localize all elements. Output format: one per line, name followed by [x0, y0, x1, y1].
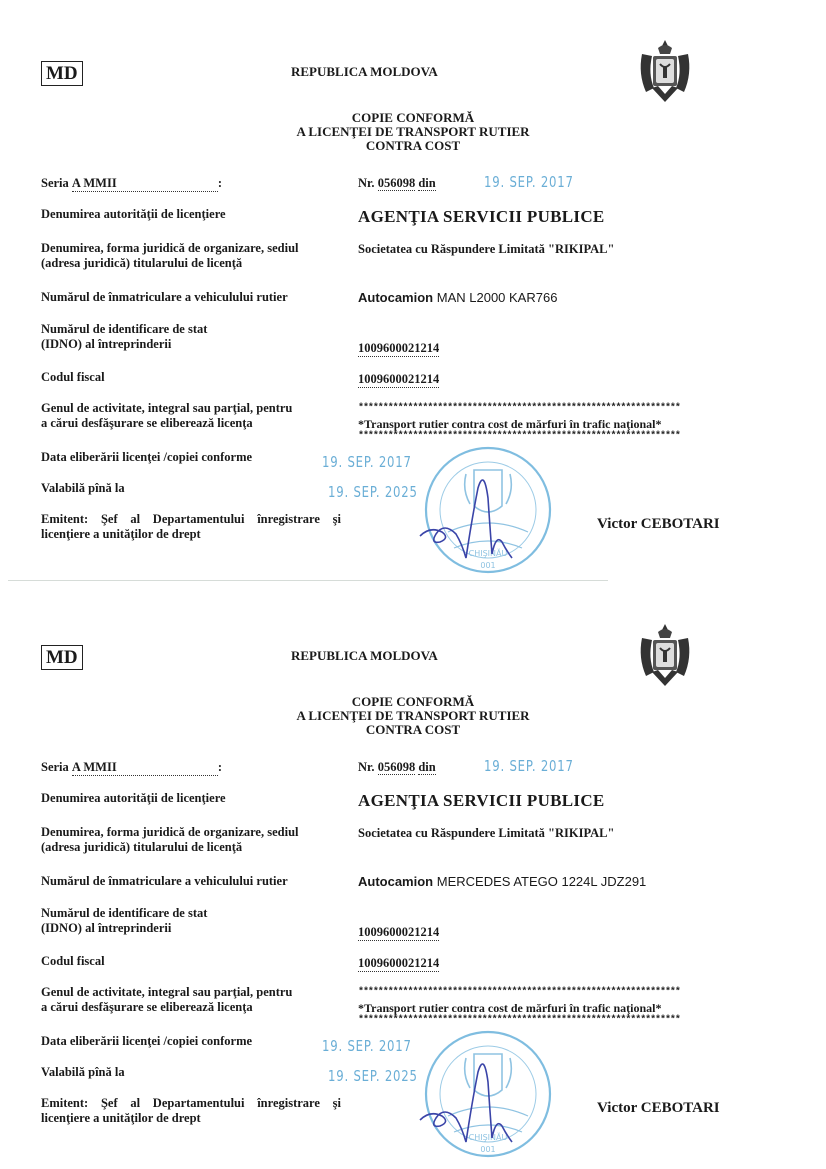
- country-name: REPUBLICA MOLDOVA: [291, 648, 438, 664]
- activity-label: Genul de activitate, integral sau parţia…: [41, 401, 292, 431]
- issuer-label-line-2: licenţiere a unităţilor de drept: [41, 1111, 341, 1126]
- number-value: 056098: [378, 176, 416, 191]
- idno-label: Numărul de identificare de stat (IDNO) a…: [41, 906, 207, 936]
- holder-label: Denumirea, forma juridică de organizare,…: [41, 825, 299, 855]
- activity-stars-top: ****************************************…: [358, 988, 680, 998]
- page-separator: [8, 580, 608, 581]
- valid-label: Valabilă pînă la: [41, 1065, 125, 1080]
- coat-of-arms-icon: [636, 620, 694, 690]
- authority-value: AGENŢIA SERVICII PUBLICE: [358, 207, 605, 227]
- series-value: A MMII: [72, 760, 218, 776]
- holder-value: Societatea cu Răspundere Limitată "RIKIP…: [358, 826, 614, 841]
- series-label: Seria: [41, 176, 69, 190]
- issuer-label: Emitent: Şef al Departamentului înregist…: [41, 512, 341, 542]
- number-suffix: din: [418, 176, 435, 191]
- idno-value: 1009600021214: [358, 341, 439, 357]
- issue-date-stamp: 19. SEP. 2017: [484, 757, 574, 775]
- valid-date-stamp: 19. SEP. 2025: [328, 483, 418, 501]
- issuer-label: Emitent: Şef al Departamentului înregist…: [41, 1096, 341, 1126]
- issuer-label-line-1: Emitent: Şef al Departamentului înregist…: [41, 512, 341, 527]
- holder-label-line-2: (adresa juridică) titularului de licenţă: [41, 840, 299, 855]
- vehicle-type: Autocamion: [358, 874, 433, 889]
- title-line-2: A LICENŢEI DE TRANSPORT RUTIER: [263, 125, 563, 139]
- issued-date-stamp: 19. SEP. 2017: [322, 453, 412, 471]
- holder-label-line-2: (adresa juridică) titularului de licenţă: [41, 256, 299, 271]
- svg-text:001: 001: [480, 1145, 495, 1154]
- svg-text:CHIŞINĂU: CHIŞINĂU: [469, 1131, 508, 1142]
- issuer-label-line-2: licenţiere a unităţilor de drept: [41, 527, 341, 542]
- valid-label: Valabilă pînă la: [41, 481, 125, 496]
- svg-text:001: 001: [480, 561, 495, 570]
- number-suffix: din: [418, 760, 435, 775]
- title-line-3: CONTRA COST: [263, 139, 563, 153]
- activity-label-line-1: Genul de activitate, integral sau parţia…: [41, 985, 292, 1000]
- document-title: COPIE CONFORMĂ A LICENŢEI DE TRANSPORT R…: [263, 111, 563, 153]
- vehicle-plate: MERCEDES ATEGO 1224L JDZ291: [437, 874, 647, 889]
- authority-value: AGENŢIA SERVICII PUBLICE: [358, 791, 605, 811]
- idno-label-line-1: Numărul de identificare de stat: [41, 322, 207, 337]
- signer-name: Victor CEBOTARI: [597, 516, 720, 533]
- fiscal-value: 1009600021214: [358, 956, 439, 972]
- idno-value: 1009600021214: [358, 925, 439, 941]
- number-value: 056098: [378, 760, 416, 775]
- title-line-3: CONTRA COST: [263, 723, 563, 737]
- fiscal-label: Codul fiscal: [41, 954, 105, 969]
- country-name: REPUBLICA MOLDOVA: [291, 64, 438, 80]
- number-field: Nr. 056098 din: [358, 760, 436, 775]
- fiscal-value: 1009600021214: [358, 372, 439, 388]
- vehicle-label: Numărul de înmatriculare a vehiculului r…: [41, 290, 288, 305]
- number-field: Nr. 056098 din: [358, 176, 436, 191]
- holder-label-line-1: Denumirea, forma juridică de organizare,…: [41, 825, 299, 840]
- activity-stars-top: ****************************************…: [358, 404, 680, 414]
- issuer-label-line-1: Emitent: Şef al Departamentului înregist…: [41, 1096, 341, 1111]
- vehicle-value: Autocamion MAN L2000 KAR766: [358, 290, 557, 305]
- idno-label: Numărul de identificare de stat (IDNO) a…: [41, 322, 207, 352]
- official-seal-icon: CHIŞINĂU 001: [414, 1024, 560, 1164]
- activity-label-line-1: Genul de activitate, integral sau parţia…: [41, 401, 292, 416]
- vehicle-label: Numărul de înmatriculare a vehiculului r…: [41, 874, 288, 889]
- number-label: Nr.: [358, 760, 375, 774]
- activity-label-line-2: a cărui desfăşurare se eliberează licenţ…: [41, 416, 292, 431]
- title-line-1: COPIE CONFORMĂ: [263, 695, 563, 709]
- number-label: Nr.: [358, 176, 375, 190]
- series-label: Seria: [41, 760, 69, 774]
- series-value: A MMII: [72, 176, 218, 192]
- activity-value: *Transport rutier contra cost de mărfuri…: [358, 417, 662, 432]
- activity-value: *Transport rutier contra cost de mărfuri…: [358, 1001, 662, 1016]
- country-code-box: MD: [41, 645, 83, 670]
- valid-date-stamp: 19. SEP. 2025: [328, 1067, 418, 1085]
- series-field: Seria A MMII:: [41, 760, 222, 776]
- idno-label-line-1: Numărul de identificare de stat: [41, 906, 207, 921]
- activity-label: Genul de activitate, integral sau parţia…: [41, 985, 292, 1015]
- idno-label-line-2: (IDNO) al întreprinderii: [41, 921, 207, 936]
- authority-label: Denumirea autorităţii de licenţiere: [41, 791, 226, 806]
- authority-label: Denumirea autorităţii de licenţiere: [41, 207, 226, 222]
- license-copy-1: MD REPUBLICA MOLDOVA COPIE CONFORMĂ A LI…: [0, 0, 826, 580]
- issued-label: Data eliberării licenţei /copiei conform…: [41, 450, 252, 465]
- issue-date-stamp: 19. SEP. 2017: [484, 173, 574, 191]
- activity-label-line-2: a cărui desfăşurare se eliberează licenţ…: [41, 1000, 292, 1015]
- signer-name: Victor CEBOTARI: [597, 1100, 720, 1117]
- title-line-1: COPIE CONFORMĂ: [263, 111, 563, 125]
- official-seal-icon: CHIŞINĂU 001: [414, 440, 560, 580]
- document-title: COPIE CONFORMĂ A LICENŢEI DE TRANSPORT R…: [263, 695, 563, 737]
- svg-text:CHIŞINĂU: CHIŞINĂU: [469, 547, 508, 558]
- vehicle-value: Autocamion MERCEDES ATEGO 1224L JDZ291: [358, 874, 646, 889]
- vehicle-plate: MAN L2000 KAR766: [437, 290, 558, 305]
- idno-label-line-2: (IDNO) al întreprinderii: [41, 337, 207, 352]
- holder-label-line-1: Denumirea, forma juridică de organizare,…: [41, 241, 299, 256]
- title-line-2: A LICENŢEI DE TRANSPORT RUTIER: [263, 709, 563, 723]
- holder-value: Societatea cu Răspundere Limitată "RIKIP…: [358, 242, 614, 257]
- fiscal-label: Codul fiscal: [41, 370, 105, 385]
- license-copy-2: MD REPUBLICA MOLDOVA COPIE CONFORMĂ A LI…: [0, 584, 826, 1164]
- country-code-box: MD: [41, 61, 83, 86]
- holder-label: Denumirea, forma juridică de organizare,…: [41, 241, 299, 271]
- vehicle-type: Autocamion: [358, 290, 433, 305]
- series-field: Seria A MMII:: [41, 176, 222, 192]
- coat-of-arms-icon: [636, 36, 694, 106]
- issued-date-stamp: 19. SEP. 2017: [322, 1037, 412, 1055]
- issued-label: Data eliberării licenţei /copiei conform…: [41, 1034, 252, 1049]
